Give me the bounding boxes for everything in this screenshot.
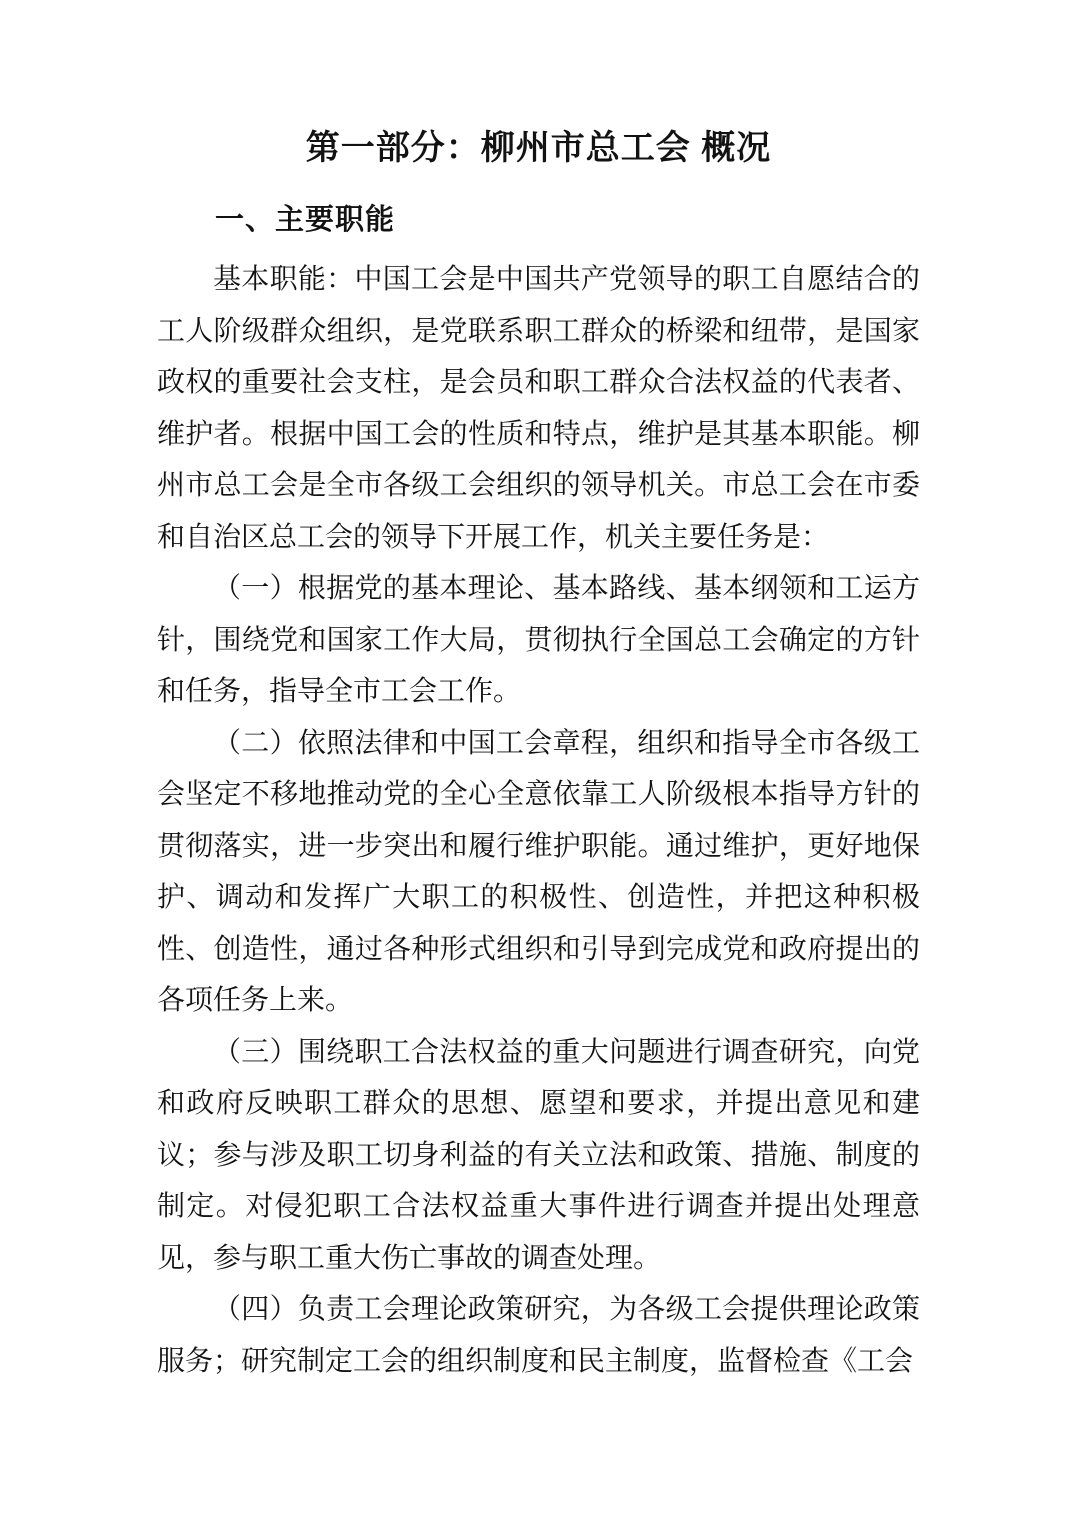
document-page: 第一部分：柳州市总工会 概况 一、主要职能 基本职能：中国工会是中国共产党领导的… (0, 0, 1075, 1520)
document-body: 基本职能：中国工会是中国共产党领导的职工自愿结合的工人阶级群众组织，是党联系职工… (157, 254, 920, 1387)
paragraph-basic-functions: 基本职能：中国工会是中国共产党领导的职工自愿结合的工人阶级群众组织，是党联系职工… (157, 254, 920, 563)
paragraph-task-2: （二）依照法律和中国工会章程，组织和指导全市各级工会坚定不移地推动党的全心全意依… (157, 718, 920, 1027)
paragraph-task-4: （四）负责工会理论政策研究，为各级工会提供理论政策服务；研究制定工会的组织制度和… (157, 1284, 920, 1387)
paragraph-task-1: （一）根据党的基本理论、基本路线、基本纲领和工运方针，围绕党和国家工作大局，贯彻… (157, 563, 920, 718)
paragraph-task-3: （三）围绕职工合法权益的重大问题进行调查研究，向党和政府反映职工群众的思想、愿望… (157, 1027, 920, 1285)
document-title: 第一部分：柳州市总工会 概况 (157, 122, 920, 174)
section-heading: 一、主要职能 (157, 198, 920, 242)
